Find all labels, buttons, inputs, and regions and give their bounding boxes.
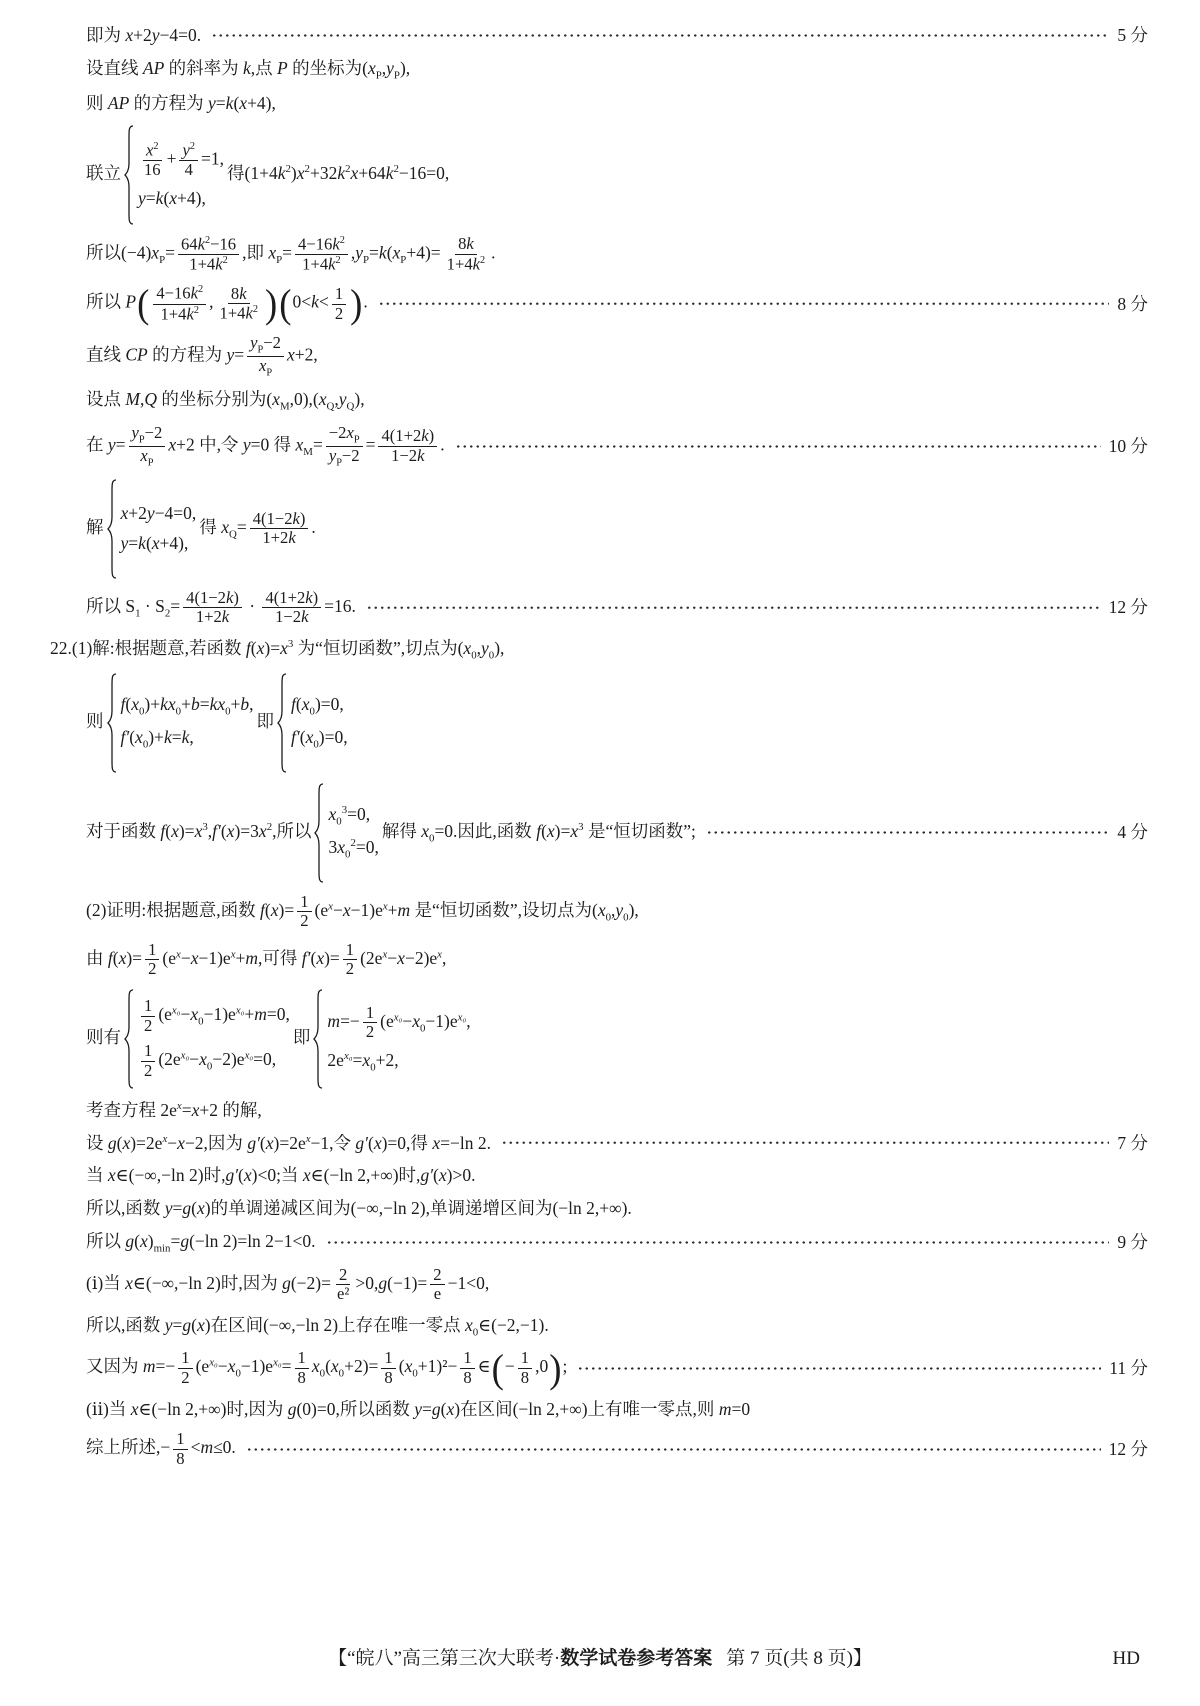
formula-line: 即为 x+2y−4=0.5 分 <box>50 24 1148 47</box>
text-run: 2 <box>144 1016 152 1035</box>
text-run: ), <box>400 58 410 78</box>
numerator: 1 <box>363 1004 377 1024</box>
text-run: (2e <box>158 1050 180 1070</box>
math-var: x <box>171 821 179 841</box>
text-run: −4=0. <box>160 25 202 45</box>
denominator: 16 <box>141 161 164 180</box>
math-var: AP <box>108 93 129 113</box>
text-run: 的坐标分别为( <box>157 389 272 409</box>
math-var: x <box>197 1198 205 1218</box>
numerator: 1 <box>141 997 155 1017</box>
expression: (ⅱ)当 x∈(−ln 2,+∞)时,因为 g(0)=0,所以函数 y=g(x)… <box>86 1398 750 1421</box>
score-label: 11 分 <box>1109 1357 1148 1380</box>
text-run: 设直线 <box>86 58 143 78</box>
math-var: y <box>481 638 489 658</box>
cases-rows: x216+y24=1,y=k(x+4), <box>138 139 224 212</box>
text-run: )<0;当 <box>252 1165 303 1185</box>
dots-leader <box>326 1234 1110 1252</box>
math-var: b <box>191 694 200 714</box>
left-brace-icon <box>314 783 324 883</box>
math-var: m <box>245 948 258 968</box>
text-run: · <box>245 596 260 616</box>
superscript: x₀ <box>172 1005 181 1017</box>
text-run: 2 <box>346 959 354 978</box>
formula-line: 所以 P(4−16k21+4k2,8k1+4k2)(0<k<12).8 分 <box>50 284 1148 323</box>
math-var: x <box>152 533 160 553</box>
text-run: 即 <box>293 1027 311 1047</box>
text-run: 1+2 <box>262 528 288 547</box>
text-run: = <box>170 1231 180 1251</box>
cases-row: f′(x0)+k=k, <box>121 726 194 752</box>
math-var: Q <box>144 389 157 409</box>
big-paren: ( <box>137 289 149 319</box>
denominator: 1+4k2 <box>299 255 344 274</box>
expression: 即为 x+2y−4=0. <box>86 24 201 47</box>
text-run: −2)e <box>405 948 437 968</box>
math-var: k <box>311 292 319 312</box>
expression: 由 f(x)=12(ex−x−1)ex+m,可得 f′(x)=12(2ex−x−… <box>86 941 446 979</box>
math-var: x <box>421 821 429 841</box>
text-run: − <box>181 1004 191 1024</box>
big-paren: ( <box>492 1354 504 1384</box>
math-var: x <box>272 389 280 409</box>
cases-row: 2ex₀=x0+2, <box>327 1049 398 1075</box>
left-brace-icon <box>107 673 117 773</box>
score-label: 5 分 <box>1117 24 1148 47</box>
numerator: 8k <box>228 285 250 305</box>
text-run: )+ <box>144 694 160 714</box>
numerator: 4−16k2 <box>153 284 206 304</box>
formula-line: 考查方程 2ex=x+2 的解, <box>50 1099 1148 1122</box>
numerator: 4(1−2k) <box>183 589 242 609</box>
subscript: P <box>354 434 360 445</box>
math-var: g′ <box>420 1165 433 1185</box>
cases-rows: x03=0,3x02=0, <box>328 801 378 863</box>
text-run: 所以,函数 <box>86 1198 165 1218</box>
text-run: =0, <box>347 804 370 824</box>
denominator: 4 <box>182 161 196 180</box>
text-run: 得(1+4 <box>227 163 278 183</box>
text-run: − <box>189 1050 199 1070</box>
math-var: g <box>182 1315 191 1335</box>
numerator: 1 <box>332 285 346 305</box>
text-run: . <box>440 434 444 454</box>
numerator: 4−16k2 <box>295 235 348 255</box>
text-run: · S <box>141 596 165 616</box>
superscript: 2 <box>194 305 199 316</box>
math-var: x <box>465 1315 473 1335</box>
text-run: 4−16 <box>298 235 332 254</box>
text-run: < <box>191 1437 201 1457</box>
text-run: −1)e <box>425 1011 457 1031</box>
text-run: 1+4 <box>302 255 328 274</box>
text-run: 所以 S <box>86 596 135 616</box>
text-run: = <box>165 243 175 263</box>
fraction: 12 <box>141 1042 155 1080</box>
math-var: g <box>432 1399 441 1419</box>
text-run: )>0. <box>447 1165 476 1185</box>
denominator: 2 <box>178 1369 192 1388</box>
footer-page-number: 第 7 页(共 8 页)】 <box>726 1647 872 1672</box>
numerator: 1 <box>343 941 357 961</box>
cases-row: x+2y−4=0, <box>121 502 197 525</box>
text-run: +1)²− <box>418 1356 458 1376</box>
math-var: x <box>547 821 555 841</box>
math-var: k <box>421 426 428 445</box>
text-run: 1+4 <box>189 255 215 274</box>
text-run: + <box>236 948 246 968</box>
text-run: ,0),( <box>290 389 319 409</box>
footer-paper-title: 数学试卷参考答案 <box>560 1647 712 1672</box>
formula-line: (ⅰ)当 x∈(−∞,−ln 2)时,因为 g(−2)=2e²>0,g(−1)=… <box>50 1266 1148 1304</box>
cases-row: y=k(x+4), <box>138 187 206 210</box>
math-var: x <box>303 1165 311 1185</box>
formula-line: 则f(x0)+kx0+b=kx0+b,f′(x0)+k=k,即f(x0)=0,f… <box>50 673 1148 773</box>
superscript: 2 <box>336 255 341 266</box>
big-paren: ) <box>265 289 277 319</box>
cases-group: f(x0)=0,f′(x0)=0, <box>277 673 348 773</box>
text-run: 8 <box>231 284 239 303</box>
denominator: 2 <box>297 912 311 931</box>
numerator: 1 <box>460 1349 474 1369</box>
math-var: y <box>165 1198 173 1218</box>
fraction: 12 <box>145 941 159 979</box>
denominator: 2 <box>363 1023 377 1042</box>
math-var: x <box>287 344 295 364</box>
formula-line: 所以,函数 y=g(x)在区间(−∞,−ln 2)上存在唯一零点 x0∈(−2,… <box>50 1314 1148 1340</box>
math-var: x <box>346 423 353 442</box>
superscript: 2 <box>340 235 345 246</box>
expression: 22.(1)解:根据题意,若函数 f(x)=x3 为“恒切函数”,切点为(x0,… <box>50 637 504 663</box>
text-run: ) <box>233 588 239 607</box>
text-run: , <box>466 1011 470 1031</box>
text-run: =1, <box>201 148 224 168</box>
text-run: 1−2 <box>391 446 417 465</box>
text-run: +2 <box>133 25 152 45</box>
dots-leader <box>246 1441 1101 1459</box>
fraction: 18 <box>518 1349 532 1387</box>
fraction: 4(1−2k)1+2k <box>250 510 309 548</box>
math-var: x <box>169 188 177 208</box>
text-run: = <box>128 533 138 553</box>
text-run: 1 <box>300 892 308 911</box>
text-run: − <box>218 1356 228 1376</box>
text-run: ,0 <box>535 1356 548 1376</box>
math-var: x <box>397 948 405 968</box>
left-brace-icon <box>107 479 117 579</box>
text-run: (e <box>158 1004 172 1024</box>
formula-line: 所以(−4)xP=64k2−161+4k2,即 xP=4−16k21+4k2,y… <box>50 235 1148 274</box>
formula-line: 设点 M,Q 的坐标分别为(xM,0),(xQ,yQ), <box>50 388 1148 414</box>
text-run: = <box>172 727 182 747</box>
text-run: 1 <box>148 940 156 959</box>
math-var: k <box>466 234 473 253</box>
text-run: −2 <box>342 446 360 465</box>
text-run: 2 <box>300 911 308 930</box>
fraction: 12 <box>141 997 155 1035</box>
denominator: 8 <box>295 1369 309 1388</box>
numerator: 1 <box>141 1042 155 1062</box>
text-run: 2 <box>433 1265 441 1284</box>
text-run: = <box>369 243 379 263</box>
text-run: )= <box>279 900 295 920</box>
formula-line: 解x+2y−4=0,y=k(x+4),得 xQ=4(1−2k)1+2k. <box>50 479 1148 579</box>
text-run: 8 <box>521 1368 529 1387</box>
expression: 所以,函数 y=g(x)的单调递减区间为(−∞,−ln 2),单调递增区间为(−… <box>86 1197 632 1220</box>
text-run: 所以 <box>86 292 125 312</box>
math-var: x <box>199 1050 207 1070</box>
text-run: )=2e <box>130 1133 162 1153</box>
cases-rows: f(x0)+kx0+b=kx0+b,f′(x0)+k=k, <box>121 691 254 753</box>
text-run: = <box>366 434 376 454</box>
expression: 在 y=yP−2xPx+2 中,令 y=0 得 xM=−2xPyP−2=4(1+… <box>86 424 445 469</box>
text-run: 由 <box>86 948 108 968</box>
score-label: 12 分 <box>1109 1438 1148 1461</box>
formula-line: 设 g(x)=2ex−x−2,因为 g′(x)=2ex−1,令 g′(x)=0,… <box>50 1132 1148 1155</box>
formula-line: (2)证明:根据题意,函数 f(x)=12(ex−x−1)ex+m 是“恒切函数… <box>50 893 1148 931</box>
superscript: 2 <box>198 284 203 295</box>
math-var: AP <box>143 58 164 78</box>
text-run: 的方程为 <box>129 93 208 113</box>
math-var: x <box>302 694 310 714</box>
text-run: 即为 <box>86 25 125 45</box>
superscript: 2 <box>253 304 258 315</box>
math-var: k <box>288 528 295 547</box>
text-run: 8 <box>176 1449 184 1468</box>
text-run: +64 <box>358 163 385 183</box>
numerator: 1 <box>297 893 311 913</box>
math-var: k <box>222 607 229 626</box>
text-run: +2, <box>295 344 318 364</box>
text-run: , <box>442 948 446 968</box>
expression: 又因为 m=−12(ex₀−x0−1)ex₀=18x0(x0+2)=18(x0+… <box>86 1349 567 1387</box>
math-var: kx <box>160 694 176 714</box>
numerator: 2 <box>336 1266 350 1286</box>
math-var: y <box>165 1315 173 1335</box>
text-run: 1 <box>521 1348 529 1367</box>
math-var: x <box>271 900 279 920</box>
text-run: ≤0. <box>213 1437 236 1457</box>
text-run: ∈ <box>478 1356 491 1376</box>
text-run: 是“恒切函数”,设切点为( <box>410 900 598 920</box>
math-var: k <box>198 235 205 254</box>
text-run: − <box>333 900 343 920</box>
cases-row: x216+y24=1, <box>138 141 224 180</box>
text-run: 联立 <box>86 163 121 183</box>
text-run: 1+4 <box>160 304 186 323</box>
text-run: 1 <box>366 1003 374 1022</box>
math-var: k <box>239 284 246 303</box>
text-run: +4), <box>160 533 189 553</box>
text-run: ∈(−ln 2,+∞)时,因为 <box>139 1399 288 1419</box>
cases-row: m=−12(ex₀−x0−1)ex₀, <box>327 1004 470 1042</box>
expression: 当 x∈(−∞,−ln 2)时,g′(x)<0;当 x∈(−ln 2,+∞)时,… <box>86 1164 475 1187</box>
text-run: 综上所述,− <box>86 1437 170 1457</box>
cases-row: f(x0)=0, <box>291 693 344 719</box>
text-run: (e <box>196 1356 210 1376</box>
math-var: CP <box>125 344 147 364</box>
expression: 设 g(x)=2ex−x−2,因为 g′(x)=2ex−1,令 g′(x)=0,… <box>86 1132 491 1155</box>
score-label: 12 分 <box>1109 596 1148 619</box>
text-run: 2 <box>144 1061 152 1080</box>
text-run: (ⅰ)当 <box>86 1273 125 1293</box>
denominator: e² <box>334 1285 352 1304</box>
superscript: x₀ <box>181 1050 190 1062</box>
text-run: (e <box>315 900 329 920</box>
math-var: m <box>719 1399 732 1419</box>
fraction: 12 <box>332 285 346 323</box>
text-run: ), <box>494 638 504 658</box>
math-var: x <box>140 446 147 465</box>
text-run: 所以 <box>86 1231 125 1251</box>
text-run: 2 <box>335 304 343 323</box>
cases-row: f′(x0)=0, <box>291 726 348 752</box>
math-var: x <box>268 243 276 263</box>
left-brace-icon <box>124 989 134 1089</box>
document-page: 即为 x+2y−4=0.5 分设直线 AP 的斜率为 k,点 P 的坐标为(xP… <box>0 0 1200 1706</box>
text-run: −2 <box>145 423 163 442</box>
page-footer: 【“皖八”高三第三次大联考·数学试卷参考答案第 7 页(共 8 页)】 HD <box>0 1647 1200 1672</box>
text-run: 1 <box>298 1348 306 1367</box>
text-run: −1)e <box>241 1356 273 1376</box>
math-var: x <box>331 1356 339 1376</box>
fraction: 12 <box>363 1004 377 1042</box>
superscript: x₀ <box>245 1050 254 1062</box>
cases-row: f(x0)+kx0+b=kx0+b, <box>121 693 254 719</box>
text-run: )= <box>126 948 142 968</box>
numerator: 1 <box>518 1349 532 1369</box>
denominator: 1+4k2 <box>444 255 489 274</box>
text-run: )+ <box>148 727 164 747</box>
math-var: x <box>239 93 247 113</box>
cases-rows: x+2y−4=0,y=k(x+4), <box>121 500 197 557</box>
math-var: x <box>151 243 159 263</box>
text-run: 所以(−4) <box>86 243 151 263</box>
text-run: ), <box>629 900 639 920</box>
fraction: 4(1+2k)1−2k <box>378 427 437 465</box>
numerator: 1 <box>173 1430 187 1450</box>
fraction: 18 <box>460 1349 474 1387</box>
text-run: ), <box>354 389 364 409</box>
score-label: 4 分 <box>1117 821 1148 844</box>
numerator: 4(1+2k) <box>378 427 437 447</box>
cases-group: f(x0)+kx0+b=kx0+b,f′(x0)+k=k, <box>107 673 254 773</box>
text-run: 解 <box>86 517 104 537</box>
text-run: 1 <box>384 1348 392 1367</box>
fraction: 8k1+4k2 <box>444 235 489 274</box>
math-var: P <box>125 292 136 312</box>
math-var: x <box>316 948 324 968</box>
cases-group: x+2y−4=0,y=k(x+4), <box>107 479 197 579</box>
math-var: g <box>378 1273 387 1293</box>
text-run: +4)= <box>406 243 440 263</box>
formula-line: 22.(1)解:根据题意,若函数 f(x)=x3 为“恒切函数”,切点为(x0,… <box>50 637 1148 663</box>
math-var: f′ <box>121 727 130 747</box>
text-run: )=0,得 <box>382 1133 433 1153</box>
text-run: + <box>231 694 241 714</box>
text-run: = <box>234 344 244 364</box>
text-run: −2)e <box>212 1050 244 1070</box>
score-label: 10 分 <box>1109 435 1148 458</box>
text-run: 则 <box>86 711 104 731</box>
text-run: (−1)= <box>387 1273 427 1293</box>
text-run: (2)证明:根据题意,函数 <box>86 900 260 920</box>
text-run: = <box>282 1356 292 1376</box>
expression: 综上所述,−18<m≤0. <box>86 1430 236 1468</box>
expression: 所以 g(x)min=g(−ln 2)=ln 2−1<0. <box>86 1230 316 1256</box>
denominator: 8 <box>173 1450 187 1469</box>
numerator: 4(1+2k) <box>262 589 321 609</box>
expression: 则f(x0)+kx0+b=kx0+b,f′(x0)+k=k,即f(x0)=0,f… <box>86 673 351 773</box>
score-label: 7 分 <box>1117 1132 1148 1155</box>
text-run: )的单调递减区间为(−∞,−ln 2),单调递增区间为(−ln 2,+∞). <box>205 1198 632 1218</box>
text-run: = <box>200 694 210 714</box>
text-run: 2 <box>148 959 156 978</box>
denominator: 8 <box>381 1369 395 1388</box>
text-run: 直线 <box>86 344 125 364</box>
text-run: −16=0, <box>399 163 449 183</box>
formula-line: 所以 S1 · S2=4(1−2k)1+2k · 4(1+2k)1−2k=16.… <box>50 589 1148 627</box>
big-paren: ( <box>279 289 291 319</box>
dots-leader <box>455 438 1101 456</box>
fraction: 64k2−161+4k2 <box>178 235 239 274</box>
math-var: y <box>386 58 394 78</box>
text-run: = <box>170 596 180 616</box>
text-run: +4), <box>177 188 206 208</box>
text-run: 当 <box>86 1165 108 1185</box>
text-run: )在区间(−∞,−ln 2)上存在唯一零点 <box>205 1315 465 1335</box>
math-var: y <box>615 900 623 920</box>
text-run: = <box>182 1100 192 1120</box>
text-run: 是“恒切函数”; <box>584 821 696 841</box>
math-var: x <box>259 821 267 841</box>
formula-line: 直线 CP 的方程为 y=yP−2xPx+2, <box>50 334 1148 379</box>
text-run: − <box>181 948 191 968</box>
text-run: − <box>167 1133 177 1153</box>
numerator: 1 <box>295 1349 309 1369</box>
expression: (2)证明:根据题意,函数 f(x)=12(ex−x−1)ex+m 是“恒切函数… <box>86 893 639 931</box>
math-var: x <box>244 1165 252 1185</box>
math-var: x <box>197 1315 205 1335</box>
text-run: < <box>319 292 329 312</box>
text-run: 0< <box>293 292 312 312</box>
fraction: 4−16k21+4k2 <box>295 235 348 274</box>
dots-leader <box>211 27 1109 45</box>
text-run: 1−2 <box>275 607 301 626</box>
text-run: (2e <box>360 948 382 968</box>
text-run: +2, <box>376 1050 399 1070</box>
text-run: +2 的解, <box>199 1100 261 1120</box>
text-run: )= <box>555 821 571 841</box>
text-run: ,即 <box>242 243 268 263</box>
text-run: 4−16 <box>156 284 190 303</box>
cases-rows: 12(ex₀−x0−1)ex₀+m=0,12(2ex₀−x0−2)ex₀=0, <box>138 995 290 1082</box>
numerator: 8k <box>455 235 477 255</box>
text-run: 1 <box>144 996 152 1015</box>
denominator: 1−2k <box>388 447 427 466</box>
math-var: y <box>108 434 116 454</box>
formula-line: 对于函数 f(x)=x3,f′(x)=3x2,所以x03=0,3x02=0,解得… <box>50 783 1148 883</box>
fraction: 18 <box>381 1349 395 1387</box>
text-run: =0, <box>267 1004 290 1024</box>
text-run: 8 <box>463 1368 471 1387</box>
formula-line: 联立x216+y24=1,y=k(x+4),得(1+4k2)x2+32k2x+6… <box>50 125 1148 225</box>
dots-leader <box>577 1360 1101 1378</box>
text-run: , <box>189 727 193 747</box>
math-var: kx <box>210 694 226 714</box>
math-var: m <box>398 900 411 920</box>
denominator: 2 <box>332 305 346 324</box>
